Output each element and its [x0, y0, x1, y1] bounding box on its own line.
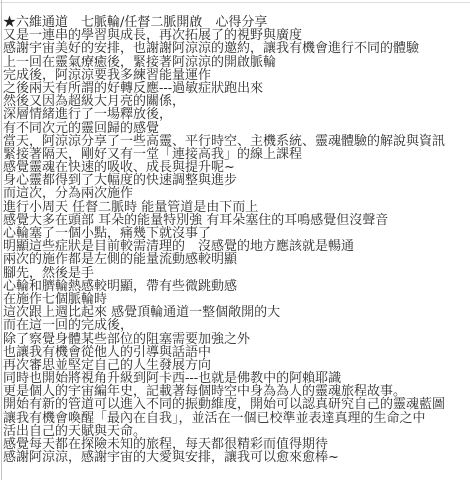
- text-line: 完成後，阿涼涼要我多練習能量運作: [3, 69, 468, 82]
- text-line: 兩次的施作都是左側的能量流動感較明顯: [3, 253, 468, 266]
- post-body: 又是一連串的學習與成長，再次拓展了的視野與廣度感謝宇宙美好的安排，也謝謝阿涼涼的…: [3, 29, 468, 464]
- text-line: 深層情緒進行了一場釋放後，: [3, 108, 468, 121]
- text-line: 進行小周天 任督二脈時 能量管道是由下而上: [3, 201, 468, 214]
- post-content: ★六維通道 七脈輪/任督二脈開啟 心得分享 又是一連串的學習與成長，再次拓展了的…: [0, 0, 470, 480]
- text-line: 而這次，分為兩次施作: [3, 187, 468, 200]
- text-line: 當天，阿涼涼分享了一些高靈、平行時空、主機系統、靈魂體驗的解說與資訊: [3, 135, 468, 148]
- text-line: 感謝阿涼涼，感謝宇宙的大愛與安排，讓我可以愈來愈棒~: [3, 451, 468, 464]
- text-line: 腳先，然後是手: [3, 267, 468, 280]
- text-line: 上一回在靈氣療癒後，緊接著阿涼涼的開啟脈輪: [3, 56, 468, 69]
- text-line: 感謝宇宙美好的安排，也謝謝阿涼涼的邀約，讓我有機會進行不同的體驗: [3, 42, 468, 55]
- text-line: 除了察覺身體某些部位的阻塞需要加強之外: [3, 333, 468, 346]
- text-line: 讓我有機會喚醒「最內在自我」，並活在一個已校準並表達真理的生命之中: [3, 412, 468, 425]
- text-line: 有不同次元的靈回歸的感覺: [3, 122, 468, 135]
- text-line: 心輪和臍輪熱感較明顯，帶有些微跳動感: [3, 280, 468, 293]
- text-line: 開始有新的管道可以進入不同的振動維度，開始可以認真研究自己的靈魂藍圖: [3, 398, 468, 411]
- text-line: 也讓我有機會從他人的引導與話語中: [3, 346, 468, 359]
- text-line: 而在這一回的完成後，: [3, 319, 468, 332]
